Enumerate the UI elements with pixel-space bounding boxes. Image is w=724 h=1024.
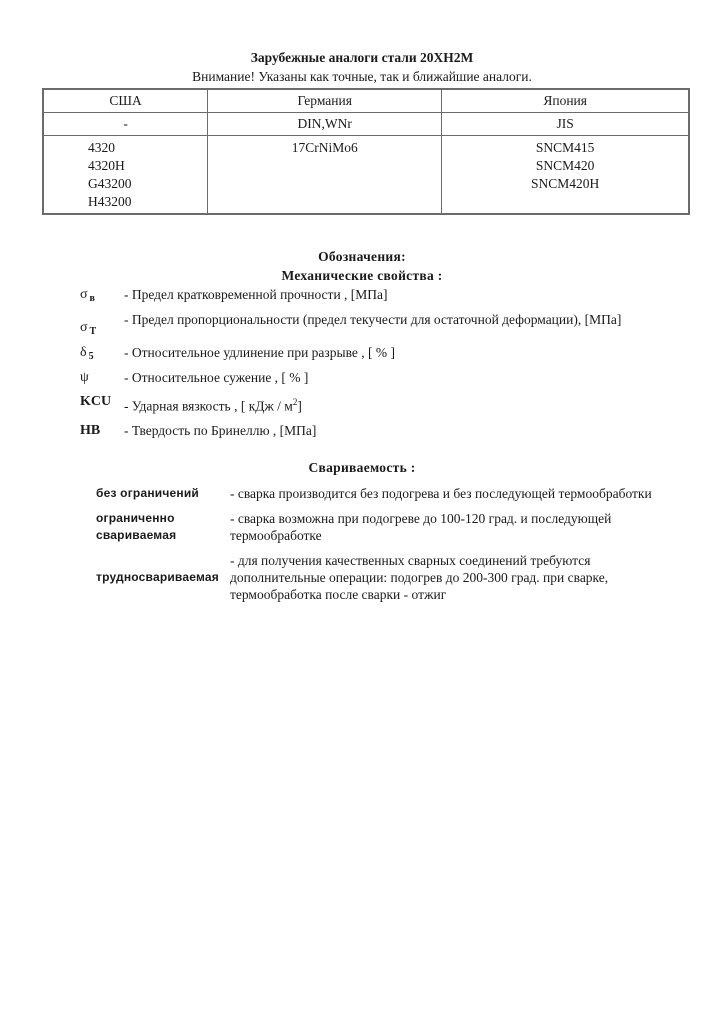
weldability-label: ограниченно свариваемая <box>96 510 230 544</box>
notation-heading: Обозначения: <box>0 249 724 265</box>
weldability-item: без ограничений - сварка производится бе… <box>96 485 656 502</box>
document-title: Зарубежные аналоги стали 20ХН2М <box>0 50 724 66</box>
weldability-label: трудносвариваемая <box>96 569 230 586</box>
notation-text: - Относительное удлинение при разрыве , … <box>124 345 680 361</box>
grades-usa: 4320 4320H G43200 H43200 <box>43 136 208 215</box>
grade: SNCM415 <box>442 139 688 157</box>
weldability-item: ограниченно свариваемая - сварка возможн… <box>96 510 656 544</box>
table-header-row: США Германия Япония <box>43 89 689 113</box>
column-header-germany: Германия <box>208 89 442 113</box>
notation-text: - Относительное сужение , [ % ] <box>124 370 680 386</box>
weldability-item: трудносвариваемая - для получения качест… <box>96 552 656 603</box>
symbol-psi: ψ <box>80 370 124 386</box>
table-grades-row: 4320 4320H G43200 H43200 17CrNiMo6 SNCM4… <box>43 136 689 215</box>
grade: 17CrNiMo6 <box>208 139 441 157</box>
column-header-usa: США <box>43 89 208 113</box>
grade: SNCM420 <box>442 157 688 175</box>
grades-germany: 17CrNiMo6 <box>208 136 442 215</box>
weldability-text: - для получения качественных сварных сое… <box>230 552 656 603</box>
weldability-heading: Свариваемость : <box>0 460 724 476</box>
symbol-sigma-t: σТ <box>80 312 124 337</box>
notation-item: σТ - Предел пропорциональности (предел т… <box>80 312 680 337</box>
notation-item: σв - Предел кратковременной прочности , … <box>80 287 680 304</box>
notation-list: σв - Предел кратковременной прочности , … <box>80 287 680 447</box>
column-header-japan: Япония <box>442 89 689 113</box>
grade: 4320 <box>88 139 207 157</box>
standard-germany: DIN,WNr <box>208 113 442 136</box>
symbol-kcu: KCU <box>80 394 124 410</box>
grades-japan: SNCM415 SNCM420 SNCM420H <box>442 136 689 215</box>
weldability-text: - сварка возможна при подогреве до 100-1… <box>230 510 656 544</box>
notation-text: - Твердость по Бринеллю , [МПа] <box>124 423 680 439</box>
symbol-sigma-b: σв <box>80 287 124 304</box>
grade: G43200 <box>88 175 207 193</box>
standard-usa: - <box>43 113 208 136</box>
grade: SNCM420H <box>442 175 688 193</box>
notation-item: ψ - Относительное сужение , [ % ] <box>80 370 680 386</box>
notation-item: KCU - Ударная вязкость , [ кДж / м2] <box>80 394 680 415</box>
notation-text: - Ударная вязкость , [ кДж / м2] <box>124 394 680 415</box>
notation-item: δ5 - Относительное удлинение при разрыве… <box>80 345 680 362</box>
symbol-hb: HB <box>80 423 124 439</box>
analogs-table: США Германия Япония - DIN,WNr JIS 4320 4… <box>42 88 690 215</box>
notation-item: HB - Твердость по Бринеллю , [МПа] <box>80 423 680 439</box>
weldability-list: без ограничений - сварка производится бе… <box>96 485 656 611</box>
grade: H43200 <box>88 193 207 211</box>
grade: 4320H <box>88 157 207 175</box>
symbol-delta-5: δ5 <box>80 345 124 362</box>
mechanical-properties-heading: Механические свойства : <box>0 268 724 284</box>
weldability-text: - сварка производится без подогрева и бе… <box>230 485 656 502</box>
notation-text: - Предел пропорциональности (предел теку… <box>124 312 680 328</box>
document-subtitle: Внимание! Указаны как точные, так и ближ… <box>0 69 724 85</box>
notation-text: - Предел кратковременной прочности , [МП… <box>124 287 680 303</box>
standard-japan: JIS <box>442 113 689 136</box>
table-standards-row: - DIN,WNr JIS <box>43 113 689 136</box>
weldability-label: без ограничений <box>96 485 230 502</box>
